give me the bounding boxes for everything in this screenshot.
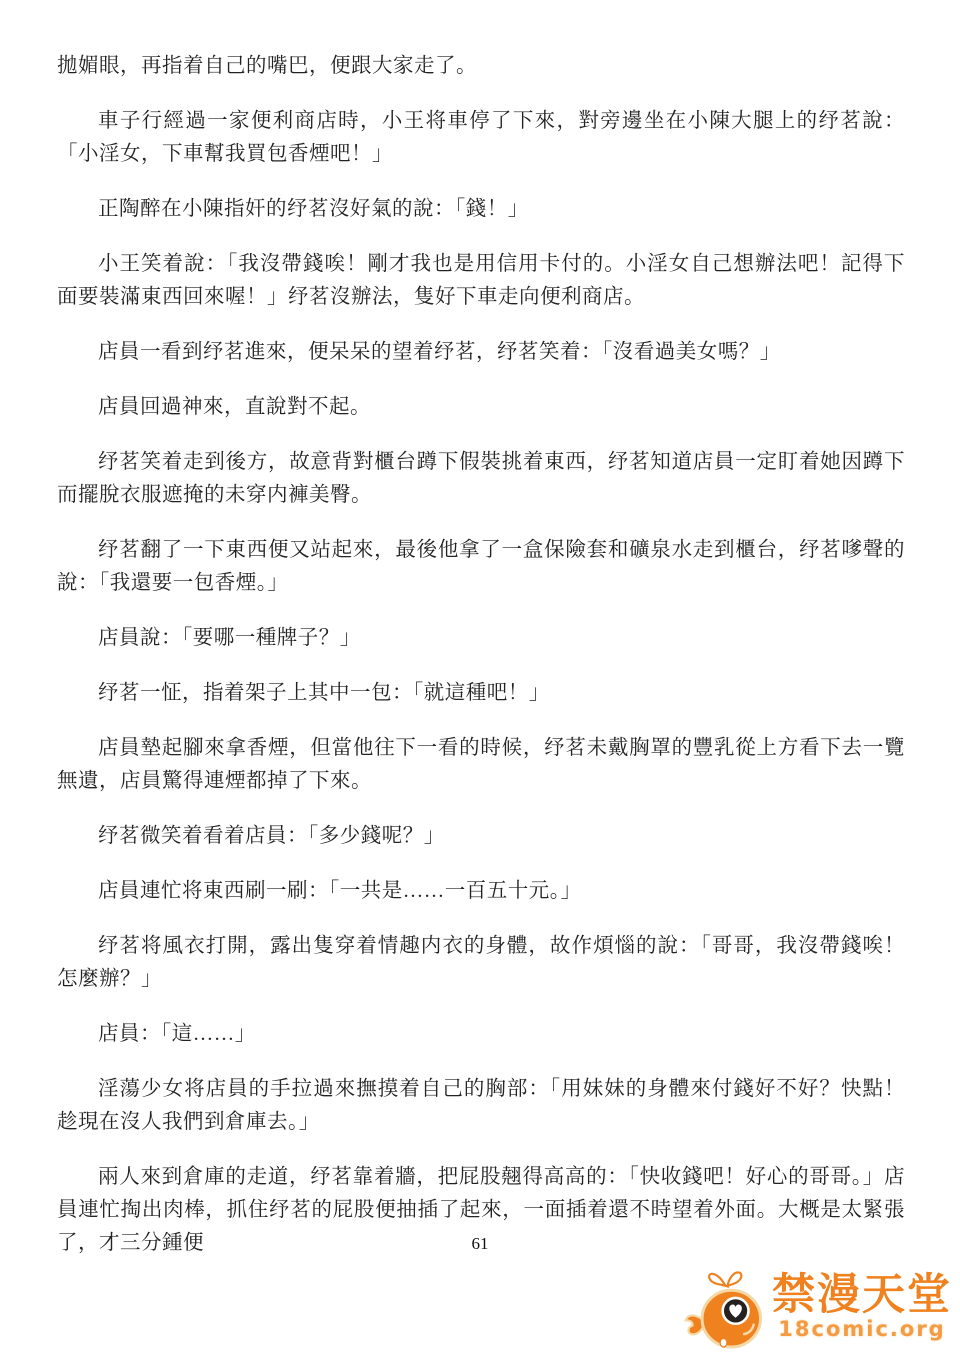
paragraph: 纾茗笑着走到後方，故意背對櫃台蹲下假裝挑着東西，纾茗知道店員一定盯着她因蹲下而擺… bbox=[57, 446, 905, 512]
paragraph: 纾茗一怔，指着架子上其中一包：「就這種吧！」 bbox=[57, 677, 905, 710]
site-watermark: 禁漫天堂 18comic.org bbox=[684, 1265, 952, 1355]
site-name: 禁漫天堂 bbox=[772, 1274, 952, 1317]
paragraph: 店員回過神來，直說對不起。 bbox=[57, 391, 905, 424]
paragraph: 店員連忙将東西刷一刷：「一共是……一百五十元。」 bbox=[57, 875, 905, 908]
paragraph: 纾茗微笑着看着店員：「多少錢呢？」 bbox=[57, 820, 905, 853]
paragraph: 淫蕩少女将店員的手拉過來撫摸着自己的胸部：「用妹妹的身體來付錢好不好？快點！趁現… bbox=[57, 1073, 905, 1139]
paragraph: 店員墊起腳來拿香煙，但當他往下一看的時候，纾茗未戴胸罩的豐乳從上方看下去一覽無遺… bbox=[57, 732, 905, 798]
paragraph: 小王笑着說：「我沒帶錢唉！剛才我也是用信用卡付的。小淫女自己想辦法吧！記得下面要… bbox=[57, 248, 905, 314]
paragraph: 拋媚眼，再指着自己的嘴巴，便跟大家走了。 bbox=[57, 50, 905, 83]
paragraph: 纾茗翻了一下東西便又站起來，最後他拿了一盒保險套和礦泉水走到櫃台，纾茗嗲聲的說：… bbox=[57, 534, 905, 600]
body-text: 拋媚眼，再指着自己的嘴巴，便跟大家走了。 車子行經過一家便利商店時，小王将車停了… bbox=[57, 50, 905, 1282]
paragraph: 纾茗将風衣打開，露出隻穿着情趣内衣的身體，故作煩惱的說：「哥哥，我沒帶錢唉！怎麼… bbox=[57, 930, 905, 996]
paragraph: 正陶醉在小陳指奸的纾茗沒好氣的說：「錢！」 bbox=[57, 193, 905, 226]
paragraph: 店員說：「要哪一種牌子？」 bbox=[57, 622, 905, 655]
page-number: 61 bbox=[0, 1234, 960, 1254]
wordmark: 禁漫天堂 18comic.org bbox=[772, 1274, 952, 1346]
paragraph: 店員：「這……」 bbox=[57, 1018, 905, 1051]
paragraph: 店員一看到纾茗進來，便呆呆的望着纾茗，纾茗笑着：「沒看過美女嗎？」 bbox=[57, 336, 905, 369]
document-page: 拋媚眼，再指着自己的嘴巴，便跟大家走了。 車子行經過一家便利商店時，小王将車停了… bbox=[0, 0, 960, 1357]
paragraph: 車子行經過一家便利商店時，小王将車停了下來，對旁邊坐在小陳大腿上的纾茗說：「小淫… bbox=[57, 105, 905, 171]
whale-mascot-icon bbox=[684, 1265, 770, 1355]
site-url: 18comic.org bbox=[778, 1319, 945, 1340]
